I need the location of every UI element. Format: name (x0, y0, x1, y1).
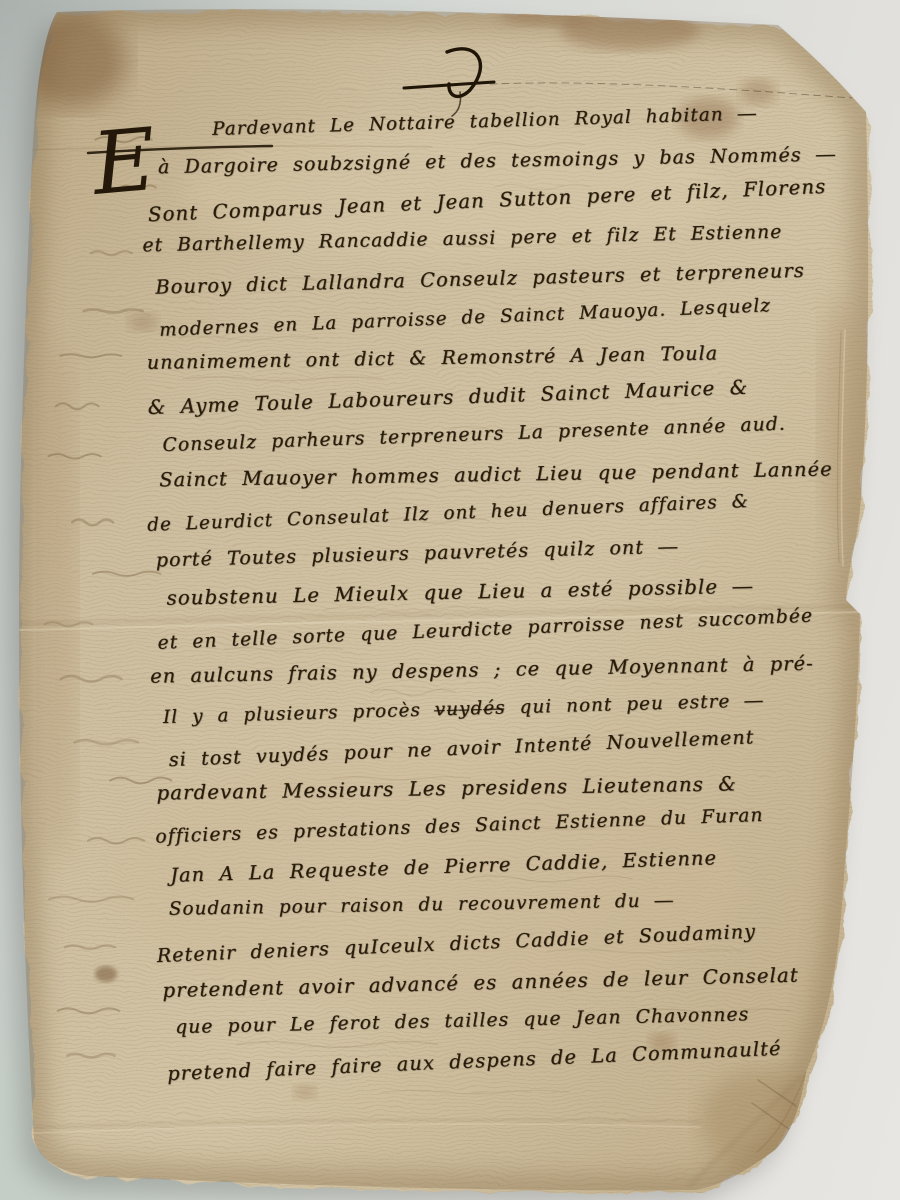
initial-letter-glyph: E (87, 110, 160, 215)
paper-sheet: E (0, 0, 900, 1200)
manuscript-photograph: E Pardevant Le Nottaire tabellion Royal … (0, 0, 900, 1200)
